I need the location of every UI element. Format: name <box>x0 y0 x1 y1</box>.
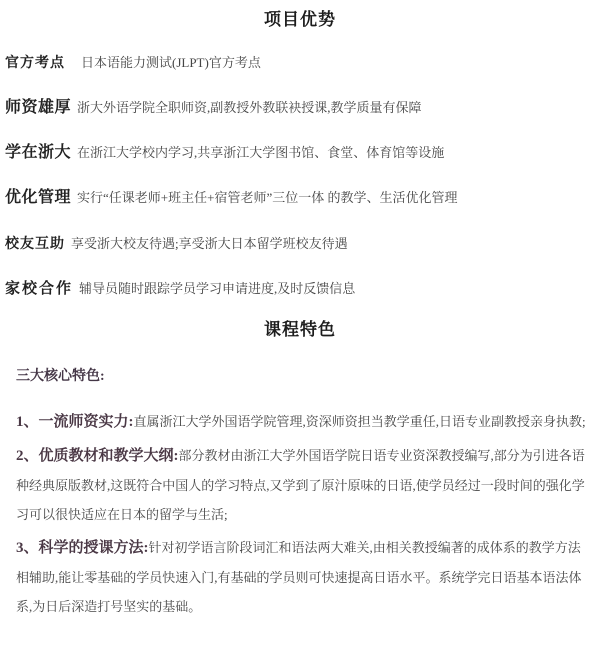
advantage-label: 家校合作 <box>5 280 73 297</box>
feature-heading: 1、一流师资实力: <box>16 414 134 430</box>
advantage-item-alumni-support: 校友互助享受浙大校友待遇;享受浙大日本留学班校友待遇 <box>5 233 600 254</box>
advantage-label: 师资雄厚 <box>5 99 71 116</box>
advantage-label: 学在浙大 <box>5 144 71 161</box>
section-title-advantages: 项目优势 <box>0 0 600 30</box>
feature-paragraph-materials: 2、优质教材和教学大纲:部分教材由浙江大学外国语学院日语专业资深教授编写,部分为… <box>16 441 592 529</box>
advantages-list: 官方考点日本语能力测试(JLPT)官方考点 师资雄厚浙大外语学院全职师资,副教授… <box>0 52 600 299</box>
feature-paragraph-faculty: 1、一流师资实力:直属浙江大学外国语学院管理,资深师资担当教学重任,日语专业副教… <box>16 407 592 437</box>
document-page: 项目优势 官方考点日本语能力测试(JLPT)官方考点 师资雄厚浙大外语学院全职师… <box>0 0 600 647</box>
feature-paragraph-teaching-method: 3、科学的授课方法:针对初学语言阶段词汇和语法两大难关,由相关教授编著的成体系的… <box>16 533 592 621</box>
advantage-text: 浙大外语学院全职师资,副教授外教联袂授课,教学质量有保障 <box>77 100 422 115</box>
advantage-label: 校友互助 <box>5 235 65 251</box>
advantage-item-home-school-cooperation: 家校合作辅导员随时跟踪学员学习申请进度,及时反馈信息 <box>5 279 600 299</box>
feature-heading: 3、科学的授课方法: <box>16 540 149 556</box>
advantage-text: 实行“任课老师+班主任+宿管老师”三位一体 的教学、生活优化管理 <box>77 190 457 205</box>
advantage-text: 日本语能力测试(JLPT)官方考点 <box>81 55 261 70</box>
section-title-course-features: 课程特色 <box>0 299 600 340</box>
advantage-item-strong-faculty: 师资雄厚浙大外语学院全职师资,副教授外教联袂授课,教学质量有保障 <box>5 98 600 118</box>
advantage-text: 享受浙大校友待遇;享受浙大日本留学班校友待遇 <box>71 236 348 251</box>
features-intro: 三大核心特色: <box>16 367 600 387</box>
feature-heading: 2、优质教材和教学大纲: <box>16 448 179 464</box>
advantage-label: 官方考点 <box>5 54 65 70</box>
advantage-item-official-test-site: 官方考点日本语能力测试(JLPT)官方考点 <box>5 52 600 73</box>
advantage-item-study-at-zju: 学在浙大在浙江大学校内学习,共享浙江大学图书馆、食堂、体育馆等设施 <box>5 143 600 163</box>
advantage-text: 辅导员随时跟踪学员学习申请进度,及时反馈信息 <box>79 281 355 296</box>
advantage-item-optimized-management: 优化管理实行“任课老师+班主任+宿管老师”三位一体 的教学、生活优化管理 <box>5 188 600 208</box>
advantage-text: 在浙江大学校内学习,共享浙江大学图书馆、食堂、体育馆等设施 <box>77 145 444 160</box>
feature-body: 直属浙江大学外国语学院管理,资深师资担当教学重任,日语专业副教授亲身执教; <box>134 414 586 429</box>
advantage-label: 优化管理 <box>5 189 71 206</box>
